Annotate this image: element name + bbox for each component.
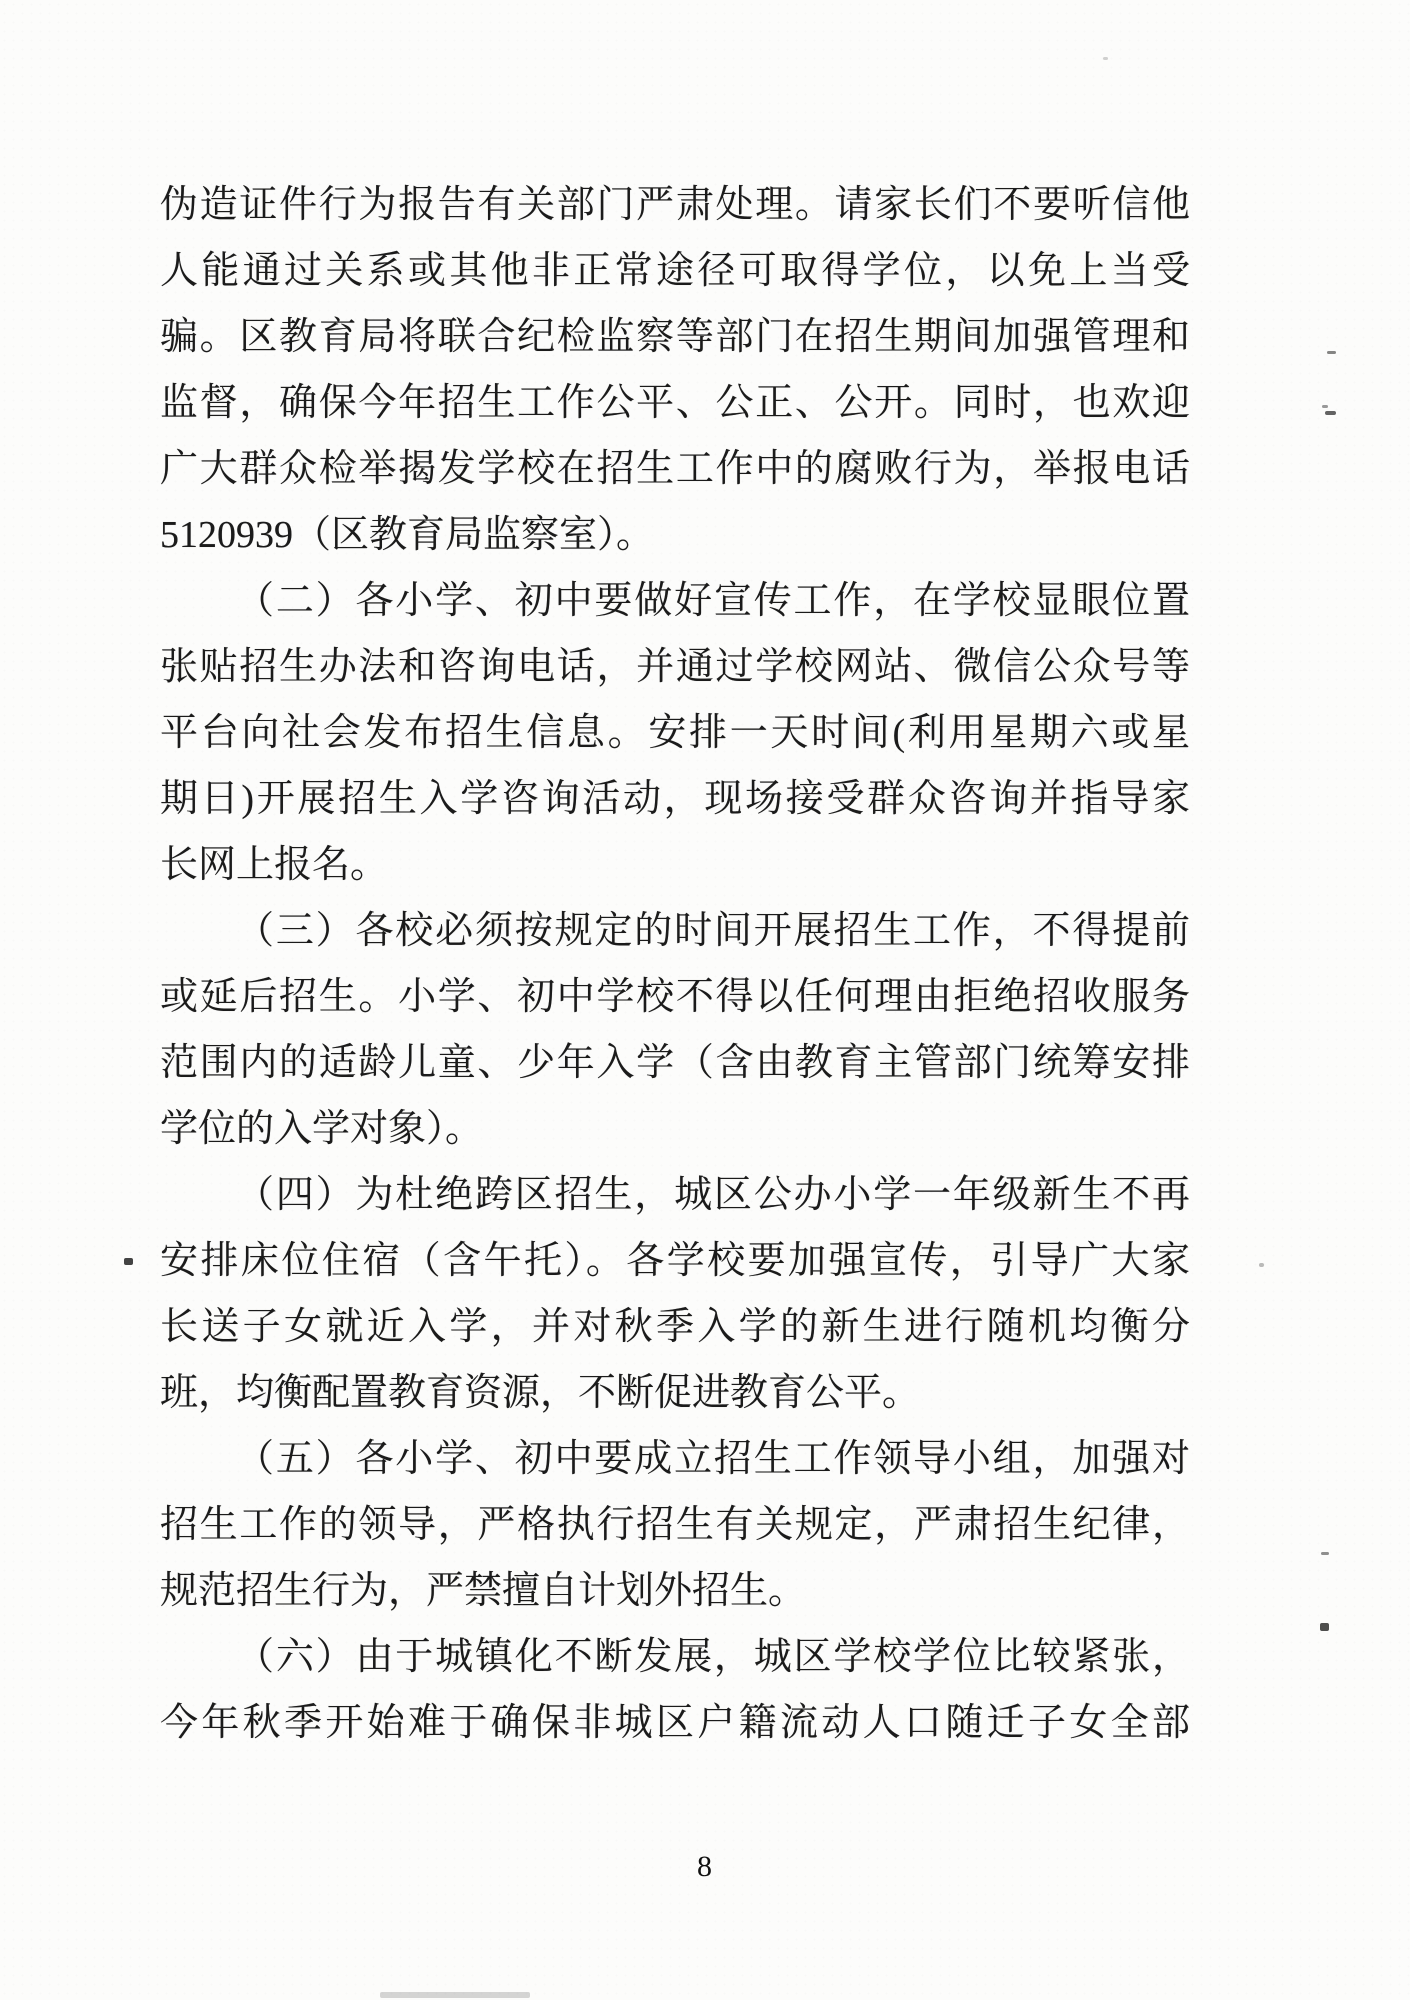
page-number: 8 — [697, 1850, 712, 1884]
text-line: 人能通过关系或其他非正常途径可取得学位，以免上当受 — [160, 238, 1190, 304]
text-line: 广大群众检举揭发学校在招生工作中的腐败行为，举报电话 — [160, 436, 1190, 502]
scan-artifact — [1320, 1623, 1329, 1631]
text-line: 班，均衡配置教育资源，不断促进教育公平。 — [160, 1360, 1190, 1426]
text-line: 或延后招生。小学、初中学校不得以任何理由拒绝招收服务 — [160, 964, 1190, 1030]
text-line: 伪造证件行为报告有关部门严肃处理。请家长们不要听信他 — [160, 172, 1190, 238]
text-line: （四）为杜绝跨区招生，城区公办小学一年级新生不再 — [160, 1162, 1190, 1228]
text-line: 安排床位住宿（含午托）。各学校要加强宣传，引导广大家 — [160, 1228, 1190, 1294]
text-line: （六）由于城镇化不断发展，城区学校学位比较紧张， — [160, 1624, 1190, 1690]
text-line: （二）各小学、初中要做好宣传工作，在学校显眼位置 — [160, 568, 1190, 634]
text-line: 规范招生行为，严禁擅自计划外招生。 — [160, 1558, 1190, 1624]
text-line: 长网上报名。 — [160, 832, 1190, 898]
scan-artifact — [380, 1992, 530, 1998]
text-line: 今年秋季开始难于确保非城区户籍流动人口随迁子女全部 — [160, 1690, 1190, 1756]
scan-artifact — [1259, 1263, 1264, 1267]
text-line: 张贴招生办法和咨询电话，并通过学校网站、微信公众号等 — [160, 634, 1190, 700]
scan-artifact — [1322, 405, 1328, 408]
scan-artifact — [1103, 57, 1108, 60]
text-line: 监督，确保今年招生工作公平、公正、公开。同时，也欢迎 — [160, 370, 1190, 436]
text-line: 期日)开展招生入学咨询活动，现场接受群众咨询并指导家 — [160, 766, 1190, 832]
text-line: 平台向社会发布招生信息。安排一天时间(利用星期六或星 — [160, 700, 1190, 766]
scanned-document-page: 伪造证件行为报告有关部门严肃处理。请家长们不要听信他人能通过关系或其他非正常途径… — [0, 0, 1410, 2000]
text-line: 招生工作的领导，严格执行招生有关规定，严肃招生纪律， — [160, 1492, 1190, 1558]
text-line: 范围内的适龄儿童、少年入学（含由教育主管部门统筹安排 — [160, 1030, 1190, 1096]
text-line: 5120939（区教育局监察室）。 — [160, 502, 1190, 568]
text-line: 骗。区教育局将联合纪检监察等部门在招生期间加强管理和 — [160, 304, 1190, 370]
text-line: （三）各校必须按规定的时间开展招生工作，不得提前 — [160, 898, 1190, 964]
text-line: 学位的入学对象）。 — [160, 1096, 1190, 1162]
scan-artifact — [124, 1258, 133, 1265]
scan-artifact — [1321, 1552, 1329, 1555]
text-line: （五）各小学、初中要成立招生工作领导小组，加强对 — [160, 1426, 1190, 1492]
text-block: 伪造证件行为报告有关部门严肃处理。请家长们不要听信他人能通过关系或其他非正常途径… — [160, 172, 1190, 1756]
text-line: 长送子女就近入学，并对秋季入学的新生进行随机均衡分 — [160, 1294, 1190, 1360]
scan-artifact — [1325, 411, 1336, 415]
scan-artifact — [1327, 351, 1336, 354]
